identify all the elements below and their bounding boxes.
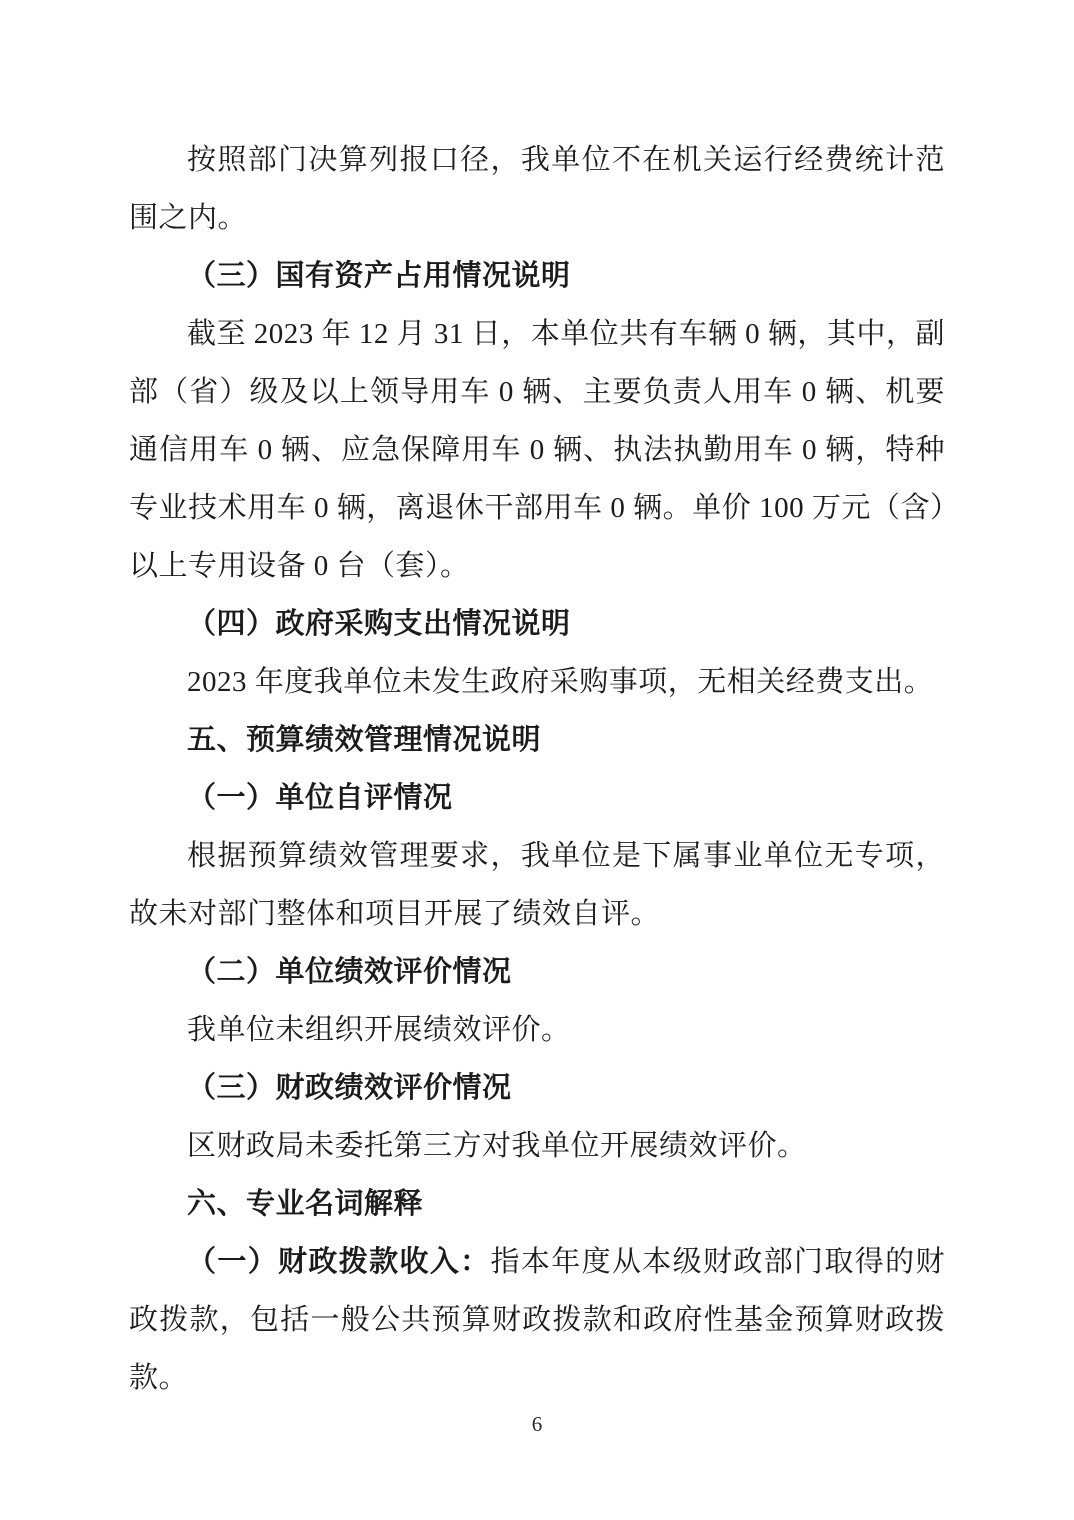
section-heading-self-evaluation: （一）单位自评情况	[129, 769, 945, 827]
paragraph: 我单位未组织开展绩效评价。	[129, 1001, 945, 1059]
paragraph: 截至 2023 年 12 月 31 日，本单位共有车辆 0 辆，其中，副部（省）…	[129, 305, 945, 595]
section-heading-state-assets: （三）国有资产占用情况说明	[129, 247, 945, 305]
paragraph: 2023 年度我单位未发生政府采购事项，无相关经费支出。	[129, 653, 945, 711]
section-heading-government-procurement: （四）政府采购支出情况说明	[129, 595, 945, 653]
page-number: 6	[0, 1412, 1074, 1437]
chapter-heading-terminology: 六、专业名词解释	[129, 1175, 945, 1233]
section-heading-fiscal-performance-evaluation: （三）财政绩效评价情况	[129, 1059, 945, 1117]
document-page: 按照部门决算列报口径，我单位不在机关运行经费统计范围之内。 （三）国有资产占用情…	[0, 0, 1074, 1520]
paragraph-term-definition: （一）财政拨款收入：指本年度从本级财政部门取得的财政拨款，包括一般公共预算财政拨…	[129, 1233, 945, 1407]
paragraph: 根据预算绩效管理要求，我单位是下属事业单位无专项，故未对部门整体和项目开展了绩效…	[129, 827, 945, 943]
document-body: 按照部门决算列报口径，我单位不在机关运行经费统计范围之内。 （三）国有资产占用情…	[129, 131, 945, 1407]
chapter-heading-budget-performance: 五、预算绩效管理情况说明	[129, 711, 945, 769]
paragraph: 区财政局未委托第三方对我单位开展绩效评价。	[129, 1117, 945, 1175]
term-label: （一）财政拨款收入：	[187, 1246, 491, 1278]
section-heading-unit-performance-evaluation: （二）单位绩效评价情况	[129, 943, 945, 1001]
paragraph: 按照部门决算列报口径，我单位不在机关运行经费统计范围之内。	[129, 131, 945, 247]
